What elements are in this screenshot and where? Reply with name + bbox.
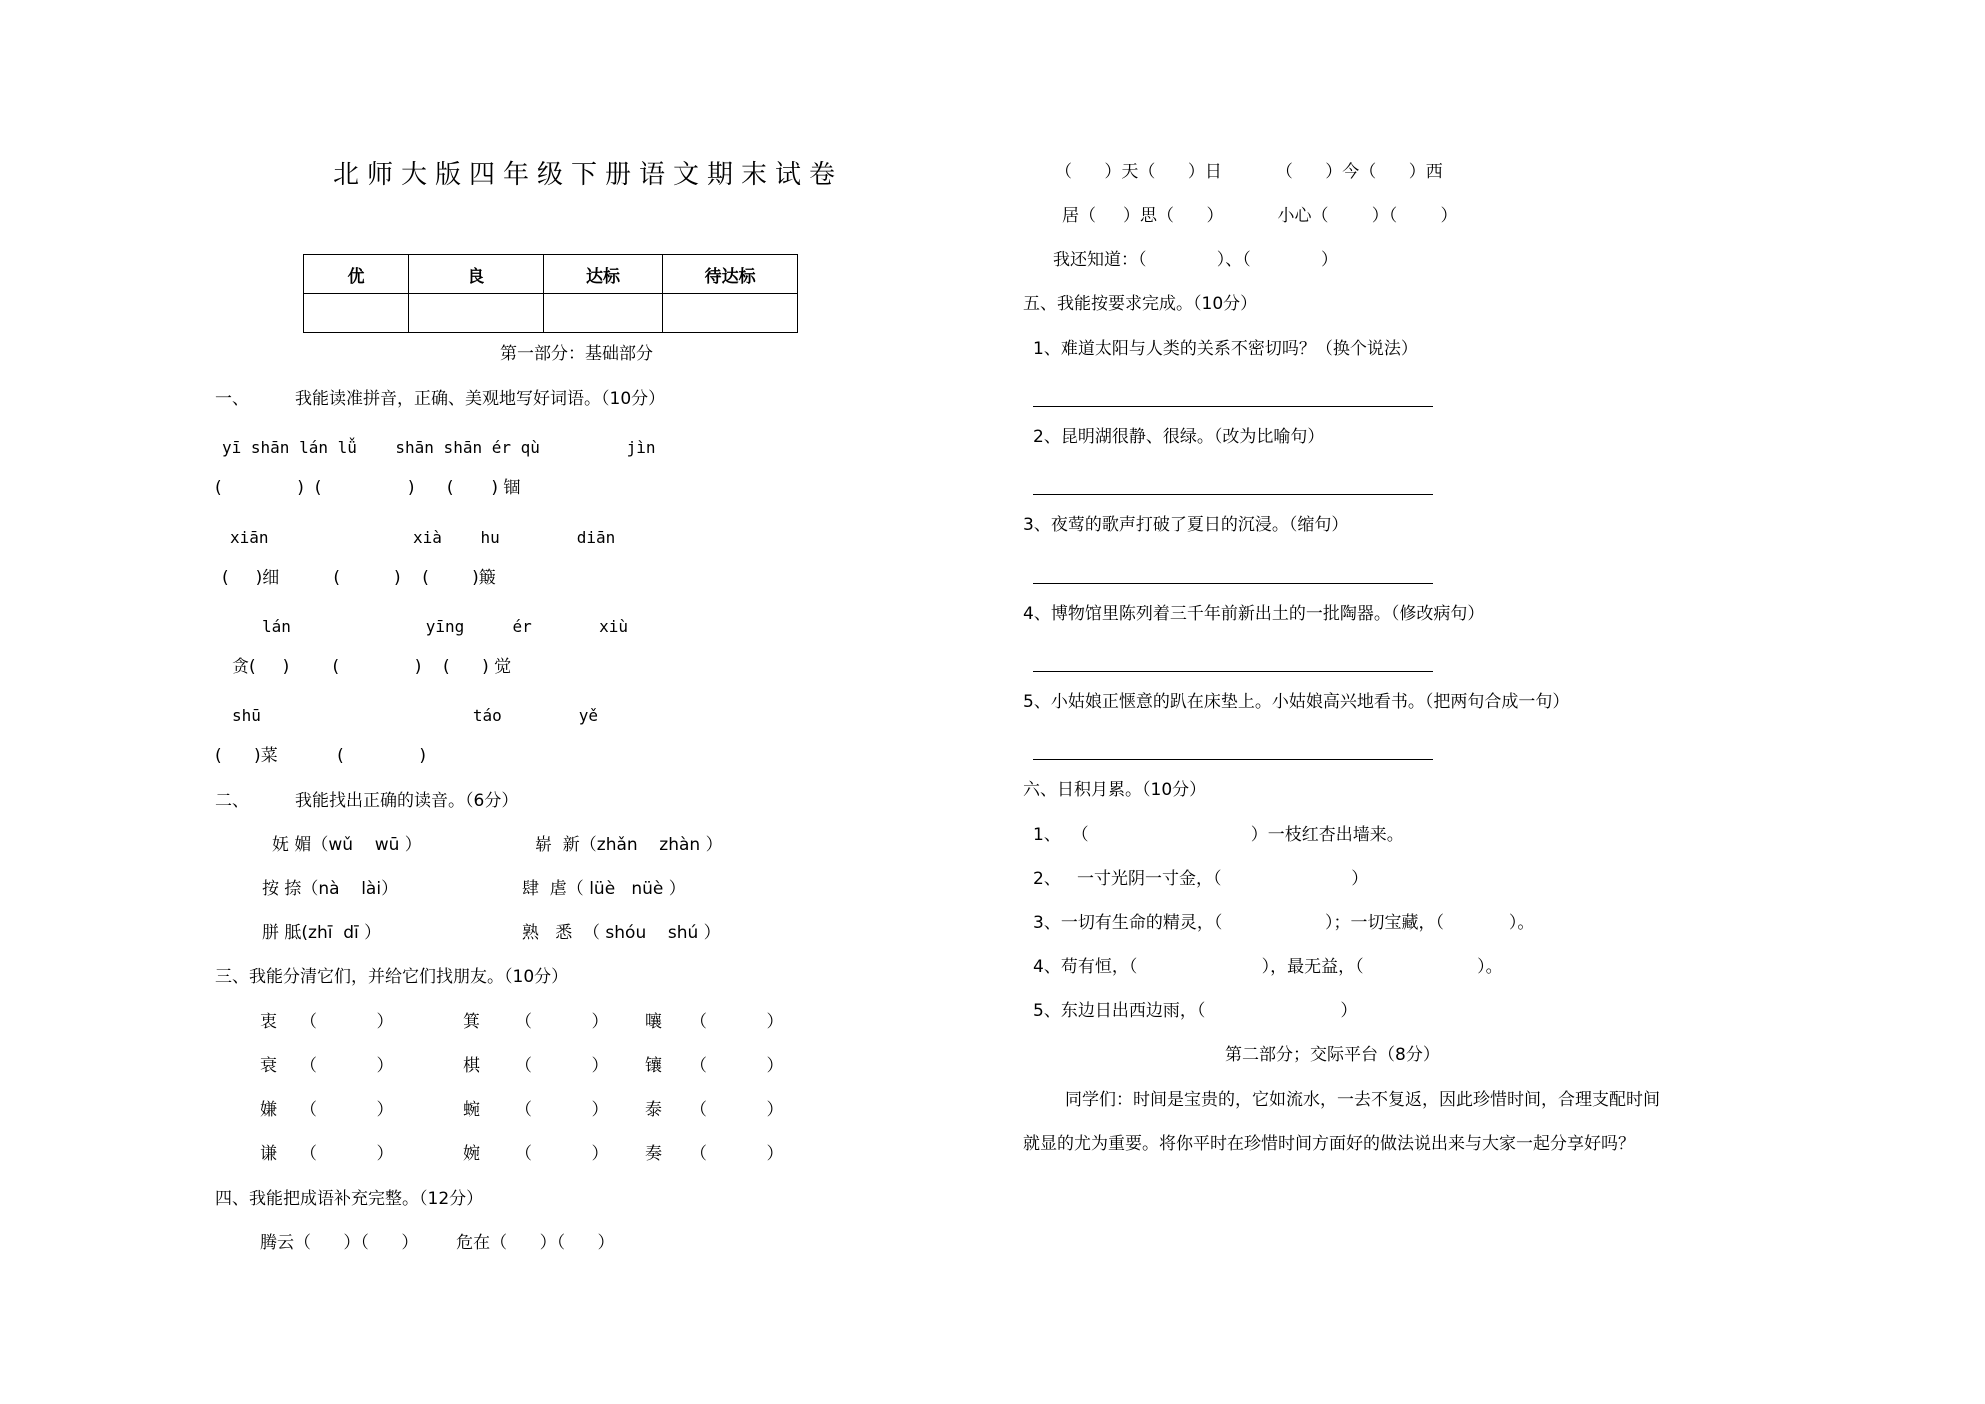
section4-idiom-row-2[interactable]: （ ）天（ ）日 （ ）今（ ）西 [1055, 161, 1443, 183]
section5-answer-line-1[interactable] [1033, 406, 1433, 407]
grade-table-header-row: 优 良 达标 待达标 [304, 255, 798, 294]
exam-page: 北师大版四年级下册语文期末试卷 优 良 达标 待达标 第一部分：基础部分 一、 … [0, 0, 1985, 1404]
section3-char: 衷 [260, 1011, 277, 1033]
section3-char: 嫌 [260, 1099, 277, 1121]
section3-blank[interactable]: （ ） [300, 1011, 393, 1033]
section1-pinyin-row-1: yī shān lán lǚ shān shān ér qù jìn [222, 437, 655, 459]
exam-title: 北师大版四年级下册语文期末试卷 [333, 158, 843, 192]
section1-answer-row-1[interactable]: ( ) ( ) ( ) 锢 [215, 477, 520, 499]
section4-more-idioms[interactable]: 我还知道：（ ）、（ ） [1053, 249, 1338, 271]
section3-char: 衰 [260, 1055, 277, 1077]
section3-blank[interactable]: （ ） [515, 1011, 608, 1033]
section5-item-3: 3、夜莺的歌声打破了夏日的沉浸。（缩句） [1023, 514, 1348, 536]
section3-blank[interactable]: （ ） [515, 1143, 608, 1165]
section3-char: 箕 [463, 1011, 480, 1033]
section1-answer-row-3[interactable]: 贪( ) ( ) ( ) 觉 [232, 656, 511, 678]
grade-header-needs-work: 待达标 [663, 255, 798, 294]
section3-blank[interactable]: （ ） [690, 1099, 783, 1121]
section5-item-5: 5、小姑娘正惬意的趴在床垫上。小姑娘高兴地看书。（把两句合成一句） [1023, 691, 1569, 713]
section2-heading: 我能找出正确的读音。（6分） [295, 790, 518, 812]
grade-cell-needs-work[interactable] [663, 294, 798, 333]
section1-answer-row-2[interactable]: ( )细 ( ) ( )簸 [222, 567, 496, 589]
grade-header-pass: 达标 [543, 255, 663, 294]
section3-char: 奏 [645, 1143, 662, 1165]
part2-paragraph-line-2: 就显的尤为重要。将你平时在珍惜时间方面好的做法说出来与大家一起分享好吗？ [1023, 1133, 1635, 1155]
section2-item-1-right[interactable]: 崭 新（zhǎn zhàn ） [535, 834, 723, 856]
section3-char: 谦 [260, 1143, 277, 1165]
section4-idiom-row-1[interactable]: 腾云（ ）（ ） 危在（ ）（ ） [260, 1232, 615, 1254]
part2-heading: 第二部分；交际平台（8分） [1225, 1044, 1440, 1066]
section3-blank[interactable]: （ ） [690, 1143, 783, 1165]
section2-item-1-left[interactable]: 妩 媚（wǔ wū ） [272, 834, 422, 856]
section3-blank[interactable]: （ ） [515, 1055, 608, 1077]
section3-blank[interactable]: （ ） [300, 1055, 393, 1077]
section6-heading: 六、日积月累。（10分） [1023, 779, 1206, 801]
section3-char: 泰 [645, 1099, 662, 1121]
grade-table-value-row [304, 294, 798, 333]
section6-item-5[interactable]: 5、东边日出西边雨，（ ） [1033, 1000, 1357, 1022]
section3-blank[interactable]: （ ） [690, 1011, 783, 1033]
grade-table: 优 良 达标 待达标 [303, 254, 798, 333]
section5-answer-line-4[interactable] [1033, 671, 1433, 672]
section1-answer-row-4[interactable]: ( )菜 ( ) [215, 745, 426, 767]
grade-header-excellent: 优 [304, 255, 409, 294]
grade-cell-good[interactable] [408, 294, 543, 333]
section6-item-4[interactable]: 4、苟有恒，（ ），最无益，（ ）。 [1033, 956, 1503, 978]
section3-blank[interactable]: （ ） [515, 1099, 608, 1121]
section2-item-2-right[interactable]: 肆 虐（ lüè nüè ） [522, 878, 686, 900]
section3-char: 镶 [645, 1055, 662, 1077]
section1-heading: 我能读准拼音，正确、美观地写好词语。（10分） [295, 388, 665, 410]
section3-blank[interactable]: （ ） [690, 1055, 783, 1077]
section1-pinyin-row-3: lán yīng ér xiù [262, 616, 628, 638]
section5-item-1: 1、难道太阳与人类的关系不密切吗？（换个说法） [1033, 338, 1418, 360]
section2-number: 二、 [215, 790, 249, 812]
section5-answer-line-2[interactable] [1033, 494, 1433, 495]
section3-blank[interactable]: （ ） [300, 1143, 393, 1165]
section3-blank[interactable]: （ ） [300, 1099, 393, 1121]
section3-char: 棋 [463, 1055, 480, 1077]
grade-cell-excellent[interactable] [304, 294, 409, 333]
section3-char: 嚷 [645, 1011, 662, 1033]
section3-heading: 三、我能分清它们，并给它们找朋友。（10分） [215, 966, 568, 988]
grade-header-good: 良 [408, 255, 543, 294]
part2-paragraph-line-1: 同学们：时间是宝贵的，它如流水，一去不复返，因此珍惜时间，合理支配时间 [1065, 1089, 1660, 1111]
section6-item-1[interactable]: 1、 （ ）一枝红杏出墙来。 [1033, 824, 1404, 846]
section6-item-3[interactable]: 3、一切有生命的精灵，（ ）；一切宝藏，（ ）。 [1033, 912, 1534, 934]
section3-char: 婉 [463, 1143, 480, 1165]
part1-heading: 第一部分：基础部分 [500, 343, 653, 365]
section4-heading: 四、我能把成语补充完整。（12分） [215, 1188, 483, 1210]
section2-item-2-left[interactable]: 按 捺（nà lài） [262, 878, 398, 900]
section5-answer-line-3[interactable] [1033, 583, 1433, 584]
section5-heading: 五、我能按要求完成。（10分） [1023, 293, 1257, 315]
section6-item-2[interactable]: 2、 一寸光阴一寸金，（ ） [1033, 868, 1368, 890]
section5-answer-line-5[interactable] [1033, 759, 1433, 760]
section2-item-3-right[interactable]: 熟 悉 （ shóu shú ） [522, 922, 721, 944]
section1-pinyin-row-4: shū táo yě [232, 705, 598, 727]
section3-char: 蜿 [463, 1099, 480, 1121]
section5-item-2: 2、昆明湖很静、很绿。（改为比喻句） [1033, 426, 1324, 448]
section2-item-3-left[interactable]: 胼 胝(zhī dī ） [262, 922, 381, 944]
grade-cell-pass[interactable] [543, 294, 663, 333]
section5-item-4: 4、博物馆里陈列着三千年前新出土的一批陶器。（修改病句） [1023, 603, 1484, 625]
section1-pinyin-row-2: xiān xià hu diān [230, 527, 615, 549]
section1-number: 一、 [215, 388, 249, 410]
section4-idiom-row-3[interactable]: 居（ ）思（ ） 小心（ ）（ ） [1062, 205, 1457, 227]
